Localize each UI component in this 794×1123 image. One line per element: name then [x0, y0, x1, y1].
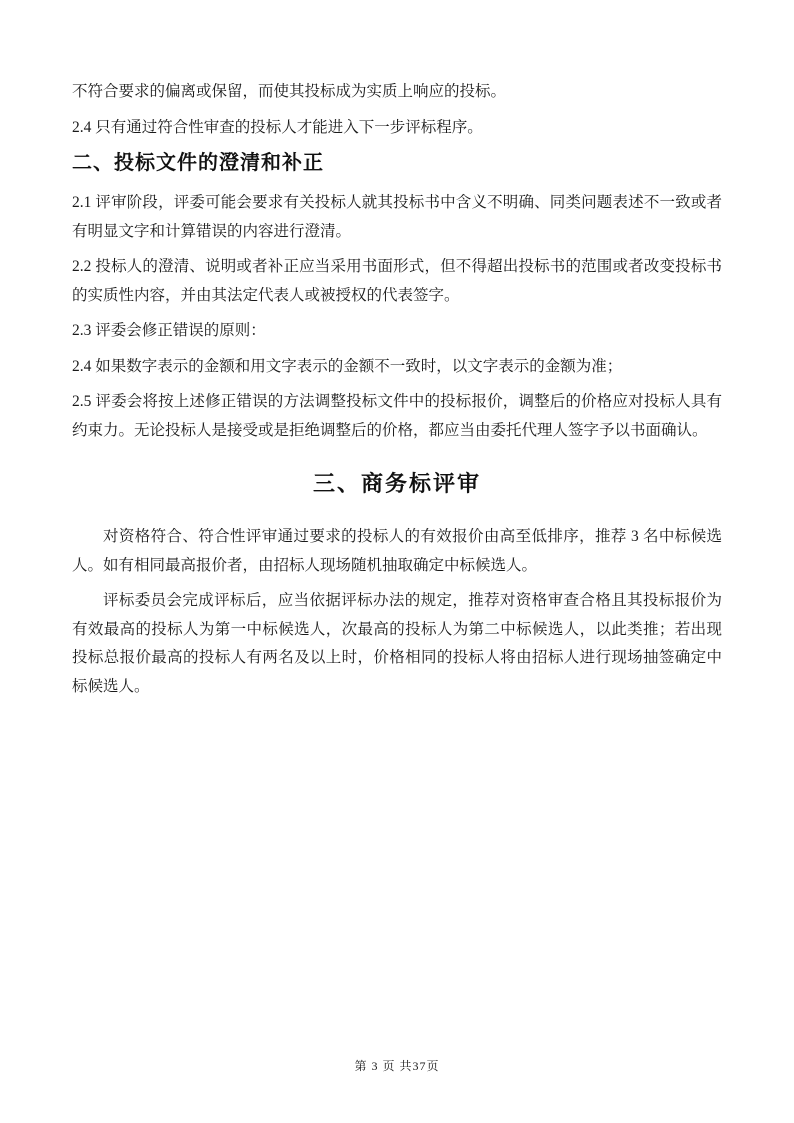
continuation-paragraph: 不符合要求的偏离或保留，而使其投标成为实质上响应的投标。: [72, 78, 722, 107]
document-content: 不符合要求的偏离或保留，而使其投标成为实质上响应的投标。 2.4 只有通过符合性…: [72, 78, 722, 708]
clause-2-4-top: 2.4 只有通过符合性审查的投标人才能进入下一步评标程序。: [72, 114, 722, 143]
clause-2-3: 2.3 评委会修正错误的原则：: [72, 317, 722, 346]
commercial-paragraph-2: 评标委员会完成评标后，应当依据评标办法的规定，推荐对资格审查合格且其投标报价为有…: [72, 587, 722, 701]
commercial-paragraph-1: 对资格符合、符合性评审通过要求的投标人的有效报价由高至低排序，推荐 3 名中标候…: [72, 523, 722, 580]
clause-2-5: 2.5 评委会将按上述修正错误的方法调整投标文件中的投标报价，调整后的价格应对投…: [72, 388, 722, 445]
section-title-commercial: 三、商务标评审: [72, 469, 722, 499]
page-number-footer: 第 3 页 共37页: [0, 1059, 794, 1073]
document-page: 不符合要求的偏离或保留，而使其投标成为实质上响应的投标。 2.4 只有通过符合性…: [0, 0, 794, 1123]
clause-2-4: 2.4 如果数字表示的金额和用文字表示的金额不一致时，以文字表示的金额为准；: [72, 353, 722, 382]
clause-2-2: 2.2 投标人的澄清、说明或者补正应当采用书面形式，但不得超出投标书的范围或者改…: [72, 253, 722, 310]
section-title-clarification: 二、投标文件的澄清和补正: [72, 149, 722, 177]
clause-2-1: 2.1 评审阶段，评委可能会要求有关投标人就其投标书中含义不明确、同类问题表述不…: [72, 189, 722, 246]
